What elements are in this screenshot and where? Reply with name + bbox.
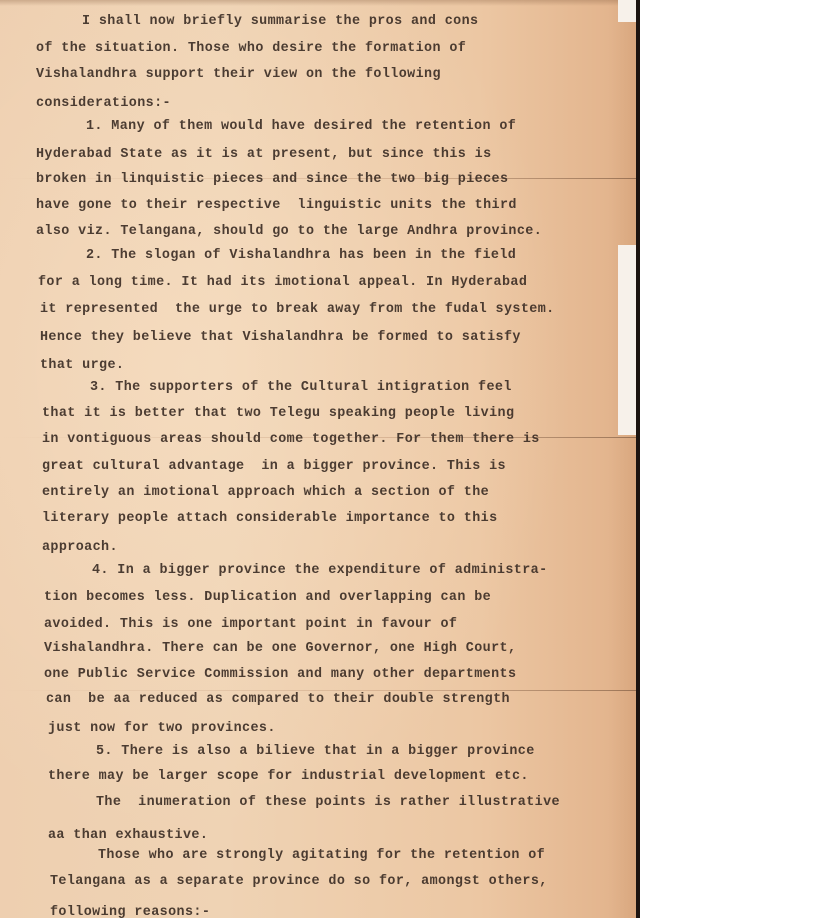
text-line: literary people attach considerable impo… <box>42 511 498 526</box>
text-line: just now for two provinces. <box>48 721 276 736</box>
text-line: for a long time. It had its imotional ap… <box>38 275 527 290</box>
text-line: following reasons:- <box>50 905 210 918</box>
text-line: it represented the urge to break away fr… <box>40 302 555 317</box>
text-line: approach. <box>42 540 118 555</box>
text-line: Vishalandhra support their view on the f… <box>36 67 441 82</box>
text-line: Hence they believe that Vishalandhra be … <box>40 330 521 345</box>
text-line: Hyderabad State as it is at present, but… <box>36 147 492 162</box>
text-line: there may be larger scope for industrial… <box>48 769 529 784</box>
text-line: Telangana as a separate province do so f… <box>50 874 548 889</box>
paper-fold <box>0 690 640 691</box>
torn-edge <box>618 245 636 435</box>
text-line: 3. The supporters of the Cultural intigr… <box>90 380 512 395</box>
torn-edge <box>618 0 636 22</box>
text-line: one Public Service Commission and many o… <box>44 667 516 682</box>
text-line: that it is better that two Telegu speaki… <box>42 406 514 421</box>
text-line: 4. In a bigger province the expenditure … <box>92 563 548 578</box>
text-line: Vishalandhra. There can be one Governor,… <box>44 641 516 656</box>
text-line: great cultural advantage in a bigger pro… <box>42 459 506 474</box>
text-line: 5. There is also a bilieve that in a big… <box>96 744 535 759</box>
text-line: of the situation. Those who desire the f… <box>36 41 466 56</box>
text-line: that urge. <box>40 358 124 373</box>
text-line: 1. Many of them would have desired the r… <box>86 119 516 134</box>
text-line: in vontiguous areas should come together… <box>42 432 540 447</box>
text-line: avoided. This is one important point in … <box>44 617 457 632</box>
text-line: tion becomes less. Duplication and overl… <box>44 590 491 605</box>
text-line: Those who are strongly agitating for the… <box>98 848 545 863</box>
text-line: The inumeration of these points is rathe… <box>96 795 560 810</box>
text-line: aa than exhaustive. <box>48 828 208 843</box>
text-line: can be aa reduced as compared to their d… <box>46 692 510 707</box>
text-line: I shall now briefly summarise the pros a… <box>82 14 478 29</box>
text-line: have gone to their respective linguistic… <box>36 198 517 213</box>
text-line: also viz. Telangana, should go to the la… <box>36 224 542 239</box>
text-line: 2. The slogan of Vishalandhra has been i… <box>86 248 516 263</box>
page-top-shadow <box>0 0 640 6</box>
text-line: broken in linquistic pieces and since th… <box>36 172 508 187</box>
document-page: I shall now briefly summarise the pros a… <box>0 0 640 918</box>
text-line: considerations:- <box>36 96 171 111</box>
text-line: entirely an imotional approach which a s… <box>42 485 489 500</box>
